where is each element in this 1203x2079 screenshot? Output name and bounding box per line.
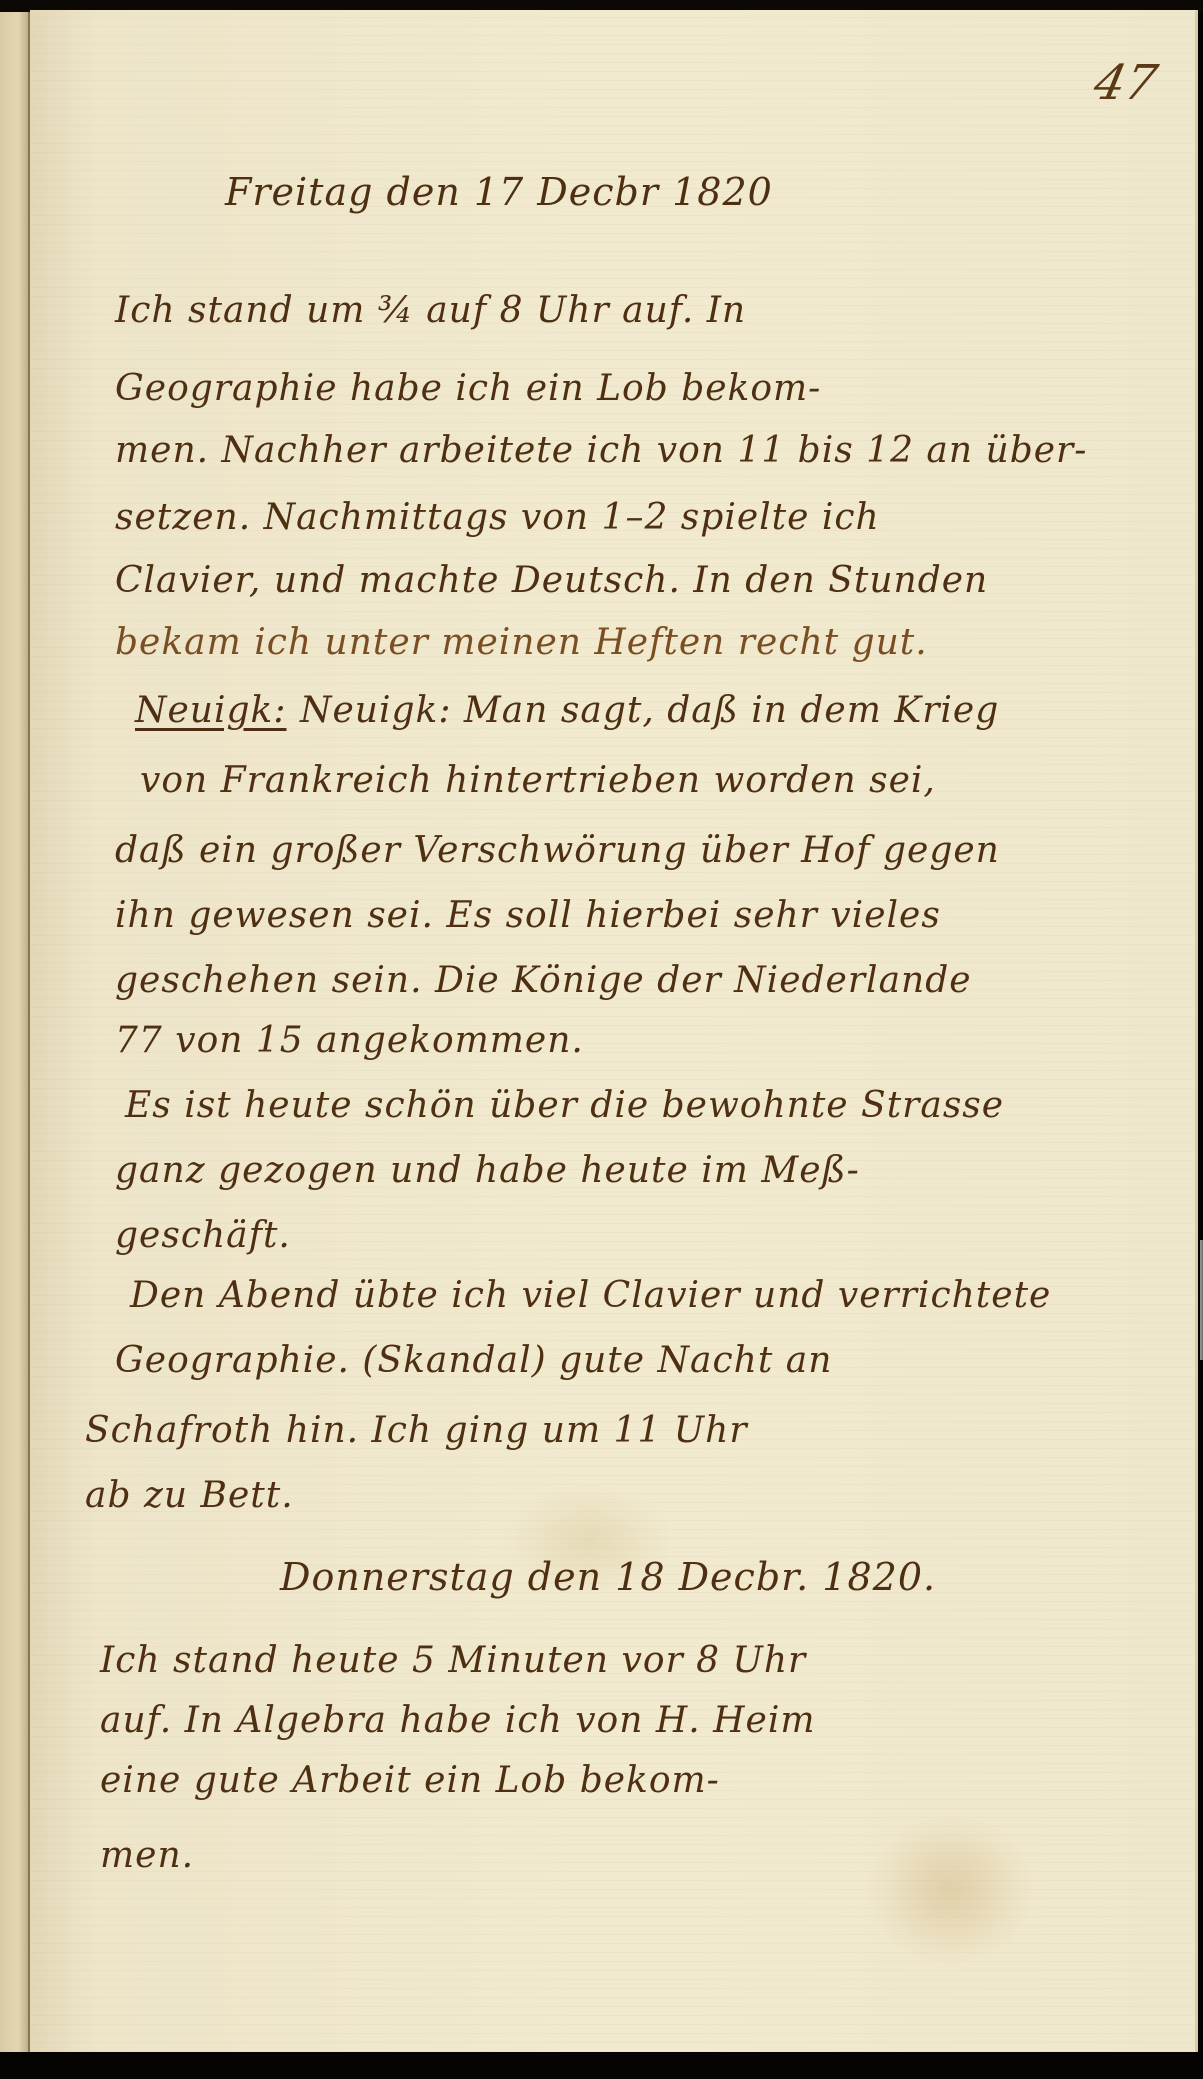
entry-line: geschehen sein. Die Könige der Niederlan… [115,960,972,1001]
page-number: 47 [1089,55,1162,111]
entry-line: von Frankreich hintertrieben worden sei, [140,760,936,801]
entry-line: ganz gezogen und habe heute im Meß- [115,1150,860,1191]
entry-line: geschäft. [115,1215,291,1256]
entry-heading: Donnerstag den 18 Decbr. 1820. [280,1555,936,1599]
entry-line: Den Abend übte ich viel Clavier und verr… [130,1275,1051,1316]
entry-line: men. Nachher arbeitete ich von 11 bis 12… [115,430,1087,471]
entry-line: ab zu Bett. [85,1475,294,1516]
entry-line: 77 von 15 angekommen. [115,1020,584,1061]
entry-line: Geographie. (Skandal) gute Nacht an [115,1340,832,1381]
entry-line: auf. In Algebra habe ich von H. Heim [100,1700,815,1741]
adjacent-page-edge [0,12,30,2052]
entry-line: Neuigk: Man sagt, daß in dem Krieg [300,690,999,731]
underlined-word: Neuigk: [135,690,287,731]
entry-line: Geographie habe ich ein Lob bekom- [115,368,821,409]
entry-line: bekam ich unter meinen Heften recht gut. [115,622,928,663]
entry-line: Ich stand heute 5 Minuten vor 8 Uhr [100,1640,806,1681]
entry-line-news: Neuigk: [135,690,287,731]
entry-line: ihn gewesen sei. Es soll hierbei sehr vi… [115,895,941,936]
scan-border-bottom [0,2052,1203,2079]
entry-line: Ich stand um ¾ auf 8 Uhr auf. In [115,290,746,331]
entry-line: eine gute Arbeit ein Lob bekom- [100,1760,720,1801]
entry-line: Schafroth hin. Ich ging um 11 Uhr [85,1410,748,1451]
entry-line: Clavier, und machte Deutsch. In den Stun… [115,560,988,601]
entry-line: men. [100,1835,194,1876]
entry-line: daß ein großer Verschwörung über Hof geg… [115,830,1000,871]
entry-heading: Freitag den 17 Decbr 1820 [225,170,773,214]
entry-line: Es ist heute schön über die bewohnte Str… [125,1085,1004,1126]
entry-line: setzen. Nachmittags von 1–2 spielte ich [115,497,880,538]
